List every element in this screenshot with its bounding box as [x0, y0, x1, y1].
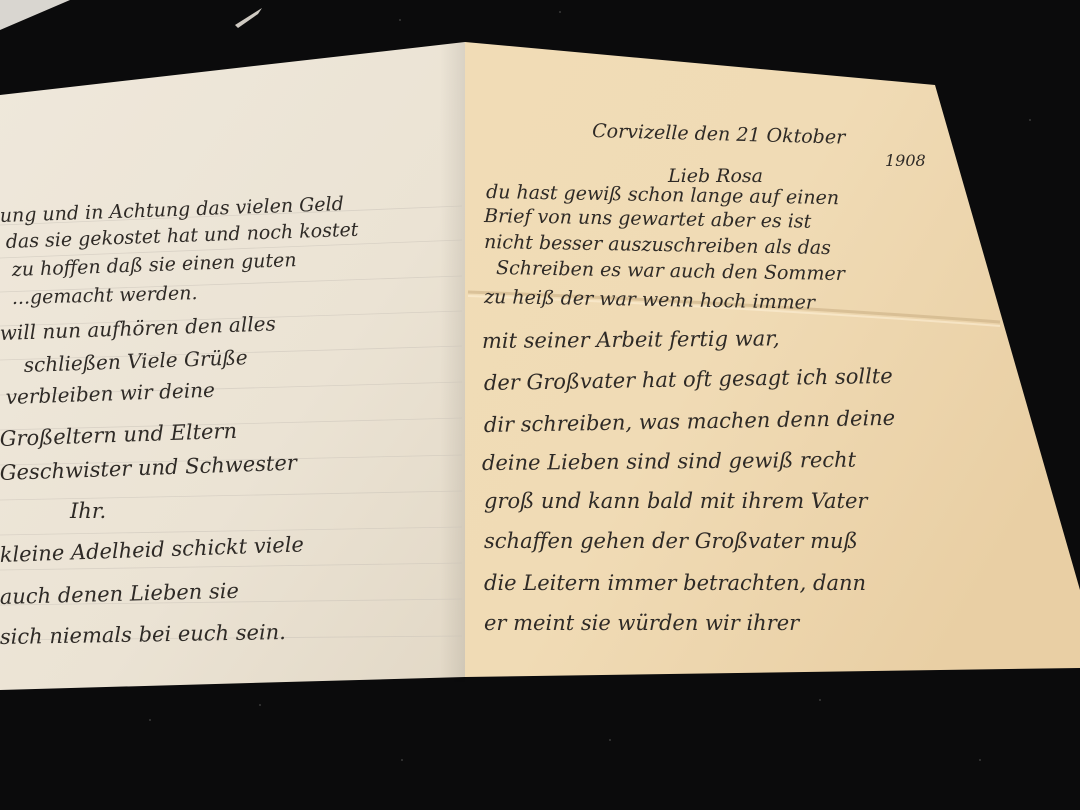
- photo-canvas: Corvizelle den 21 Oktober 1908 Lieb Rosa…: [0, 0, 1080, 810]
- fold-shadow: [440, 42, 465, 682]
- text-line: schaffen gehen der Großvater muß: [484, 529, 858, 553]
- text-line: er meint sie würden wir ihrer: [484, 611, 801, 635]
- text-line: deine Lieben sind sind gewiß recht: [482, 448, 857, 475]
- letter-photo: Corvizelle den 21 Oktober 1908 Lieb Rosa…: [0, 0, 1080, 810]
- text-line: sich niemals bei euch sein.: [0, 620, 286, 649]
- text-line: die Leitern immer betrachten, dann: [484, 571, 866, 595]
- text-line: mit seiner Arbeit fertig war,: [482, 326, 780, 353]
- background-paper-scrap: [0, 0, 70, 30]
- background-speck: [235, 8, 262, 28]
- text-line: groß und kann bald mit ihrem Vater: [484, 489, 869, 513]
- letter-year: 1908: [885, 151, 926, 170]
- text-line: Ihr.: [69, 499, 106, 523]
